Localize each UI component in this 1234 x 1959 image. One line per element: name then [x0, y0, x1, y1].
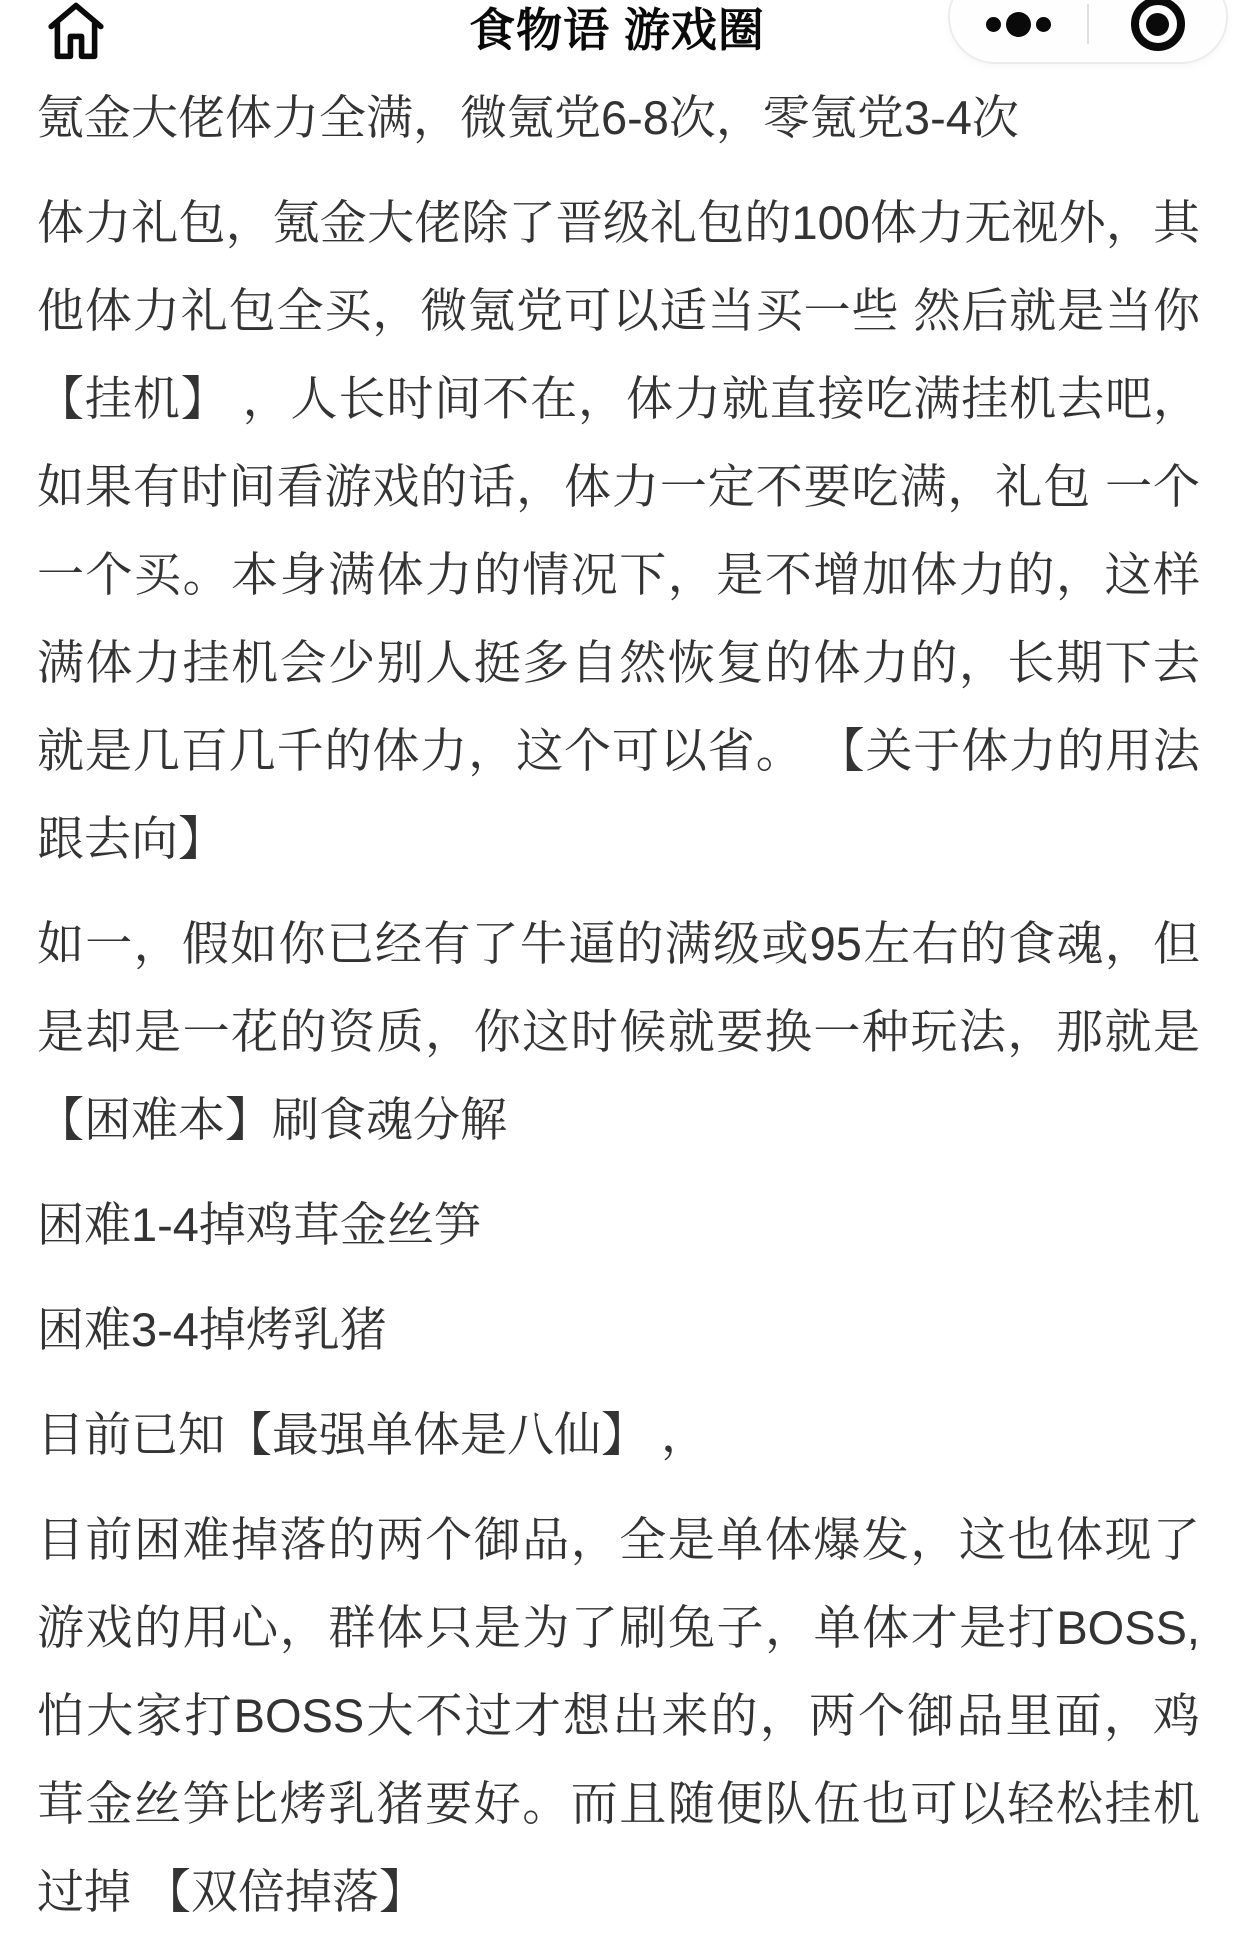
- article-body: 氪金大佬体力全满，微氪党6-8次，零氪党3-4次 体力礼包，氪金大佬除了晋级礼包…: [0, 62, 1234, 1936]
- paragraph: 目前已知【最强单体是八仙】 ，: [37, 1391, 1200, 1479]
- paragraph: 目前困难掉落的两个御品，全是单体爆发，这也体现了游戏的用心，群体只是为了刷兔子，…: [37, 1496, 1200, 1936]
- paragraph: 氪金大佬体力全满，微氪党6-8次，零氪党3-4次: [37, 74, 1200, 162]
- target-exit-icon: [1131, 0, 1185, 51]
- more-dots-icon: [986, 12, 1051, 37]
- paragraph: 困难1-4掉鸡茸金丝笋: [37, 1181, 1200, 1269]
- exit-button[interactable]: [1089, 0, 1226, 62]
- more-button[interactable]: [950, 0, 1087, 62]
- navbar: 食物语 游戏圈: [0, 0, 1234, 62]
- miniprogram-capsule: [948, 0, 1228, 64]
- paragraph: 如一，假如你已经有了牛逼的满级或95左右的食魂，但是却是一花的资质，你这时候就要…: [37, 900, 1200, 1164]
- paragraph: 困难3-4掉烤乳猪: [37, 1286, 1200, 1374]
- paragraph: 体力礼包，氪金大佬除了晋级礼包的100体力无视外，其他体力礼包全买，微氪党可以适…: [37, 179, 1200, 883]
